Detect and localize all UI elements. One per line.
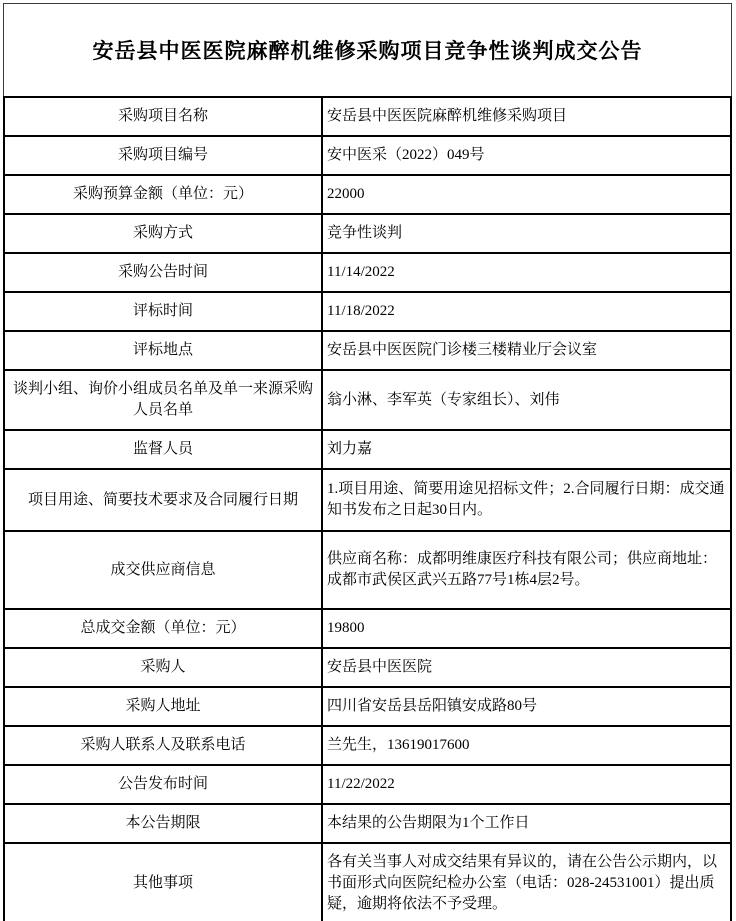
procurement-info-table: 采购项目名称安岳县中医医院麻醉机维修采购项目采购项目编号安中医采（2022）04… — [3, 96, 732, 921]
row-value: 各有关当事人对成交结果有异议的，请在公告公示期内，以书面形式向医院纪检办公室（电… — [322, 843, 731, 921]
title-block: 安岳县中医医院麻醉机维修采购项目竞争性谈判成交公告 — [3, 3, 732, 96]
table-row: 谈判小组、询价小组成员名单及单一来源采购人员名单翁小淋、李军英（专家组长）、刘伟 — [4, 370, 731, 430]
row-label: 采购项目名称 — [4, 97, 322, 136]
row-value: 11/14/2022 — [322, 253, 731, 292]
row-label: 评标地点 — [4, 331, 322, 370]
row-value: 19800 — [322, 609, 731, 648]
table-row: 采购预算金额（单位：元）22000 — [4, 175, 731, 214]
row-label: 采购人联系人及联系电话 — [4, 726, 322, 765]
row-label: 谈判小组、询价小组成员名单及单一来源采购人员名单 — [4, 370, 322, 430]
row-label: 采购方式 — [4, 214, 322, 253]
table-row: 其他事项各有关当事人对成交结果有异议的，请在公告公示期内，以书面形式向医院纪检办… — [4, 843, 731, 921]
table-row: 采购项目名称安岳县中医医院麻醉机维修采购项目 — [4, 97, 731, 136]
table-row: 采购公告时间11/14/2022 — [4, 253, 731, 292]
row-value: 本结果的公告期限为1个工作日 — [322, 804, 731, 843]
row-value: 兰先生，13619017600 — [322, 726, 731, 765]
table-row: 监督人员刘力嘉 — [4, 430, 731, 469]
row-value: 安岳县中医医院麻醉机维修采购项目 — [322, 97, 731, 136]
table-row: 评标时间11/18/2022 — [4, 292, 731, 331]
table-row: 采购人联系人及联系电话兰先生，13619017600 — [4, 726, 731, 765]
row-value: 11/18/2022 — [322, 292, 731, 331]
row-value: 1.项目用途、简要用途见招标文件；2.合同履行日期：成交通知书发布之日起30日内… — [322, 469, 731, 531]
row-label: 总成交金额（单位：元） — [4, 609, 322, 648]
row-label: 项目用途、简要技术要求及合同履行日期 — [4, 469, 322, 531]
table-row: 采购人地址四川省安岳县岳阳镇安成路80号 — [4, 687, 731, 726]
row-value: 安中医采（2022）049号 — [322, 136, 731, 175]
row-label: 采购公告时间 — [4, 253, 322, 292]
table-row: 总成交金额（单位：元）19800 — [4, 609, 731, 648]
row-value: 安岳县中医医院 — [322, 648, 731, 687]
row-label: 采购人 — [4, 648, 322, 687]
row-label: 公告发布时间 — [4, 765, 322, 804]
table-row: 采购人安岳县中医医院 — [4, 648, 731, 687]
row-value: 四川省安岳县岳阳镇安成路80号 — [322, 687, 731, 726]
row-value: 22000 — [322, 175, 731, 214]
procurement-table-body: 采购项目名称安岳县中医医院麻醉机维修采购项目采购项目编号安中医采（2022）04… — [4, 97, 731, 921]
row-label: 采购项目编号 — [4, 136, 322, 175]
table-row: 采购方式竞争性谈判 — [4, 214, 731, 253]
row-label: 监督人员 — [4, 430, 322, 469]
table-row: 采购项目编号安中医采（2022）049号 — [4, 136, 731, 175]
row-label: 其他事项 — [4, 843, 322, 921]
row-label: 采购预算金额（单位：元） — [4, 175, 322, 214]
table-row: 成交供应商信息供应商名称：成都明维康医疗科技有限公司；供应商地址：成都市武侯区武… — [4, 531, 731, 609]
row-label: 采购人地址 — [4, 687, 322, 726]
table-row: 本公告期限本结果的公告期限为1个工作日 — [4, 804, 731, 843]
row-label: 评标时间 — [4, 292, 322, 331]
table-row: 评标地点安岳县中医医院门诊楼三楼精业厅会议室 — [4, 331, 731, 370]
row-value: 安岳县中医医院门诊楼三楼精业厅会议室 — [322, 331, 731, 370]
table-row: 公告发布时间11/22/2022 — [4, 765, 731, 804]
announcement-page: 安岳县中医医院麻醉机维修采购项目竞争性谈判成交公告 采购项目名称安岳县中医医院麻… — [0, 0, 736, 921]
row-label: 成交供应商信息 — [4, 531, 322, 609]
row-value: 翁小淋、李军英（专家组长）、刘伟 — [322, 370, 731, 430]
row-value: 刘力嘉 — [322, 430, 731, 469]
row-value: 供应商名称：成都明维康医疗科技有限公司；供应商地址：成都市武侯区武兴五路77号1… — [322, 531, 731, 609]
row-value: 竞争性谈判 — [322, 214, 731, 253]
row-value: 11/22/2022 — [322, 765, 731, 804]
table-row: 项目用途、简要技术要求及合同履行日期1.项目用途、简要用途见招标文件；2.合同履… — [4, 469, 731, 531]
page-title: 安岳县中医医院麻醉机维修采购项目竞争性谈判成交公告 — [93, 35, 643, 65]
row-label: 本公告期限 — [4, 804, 322, 843]
